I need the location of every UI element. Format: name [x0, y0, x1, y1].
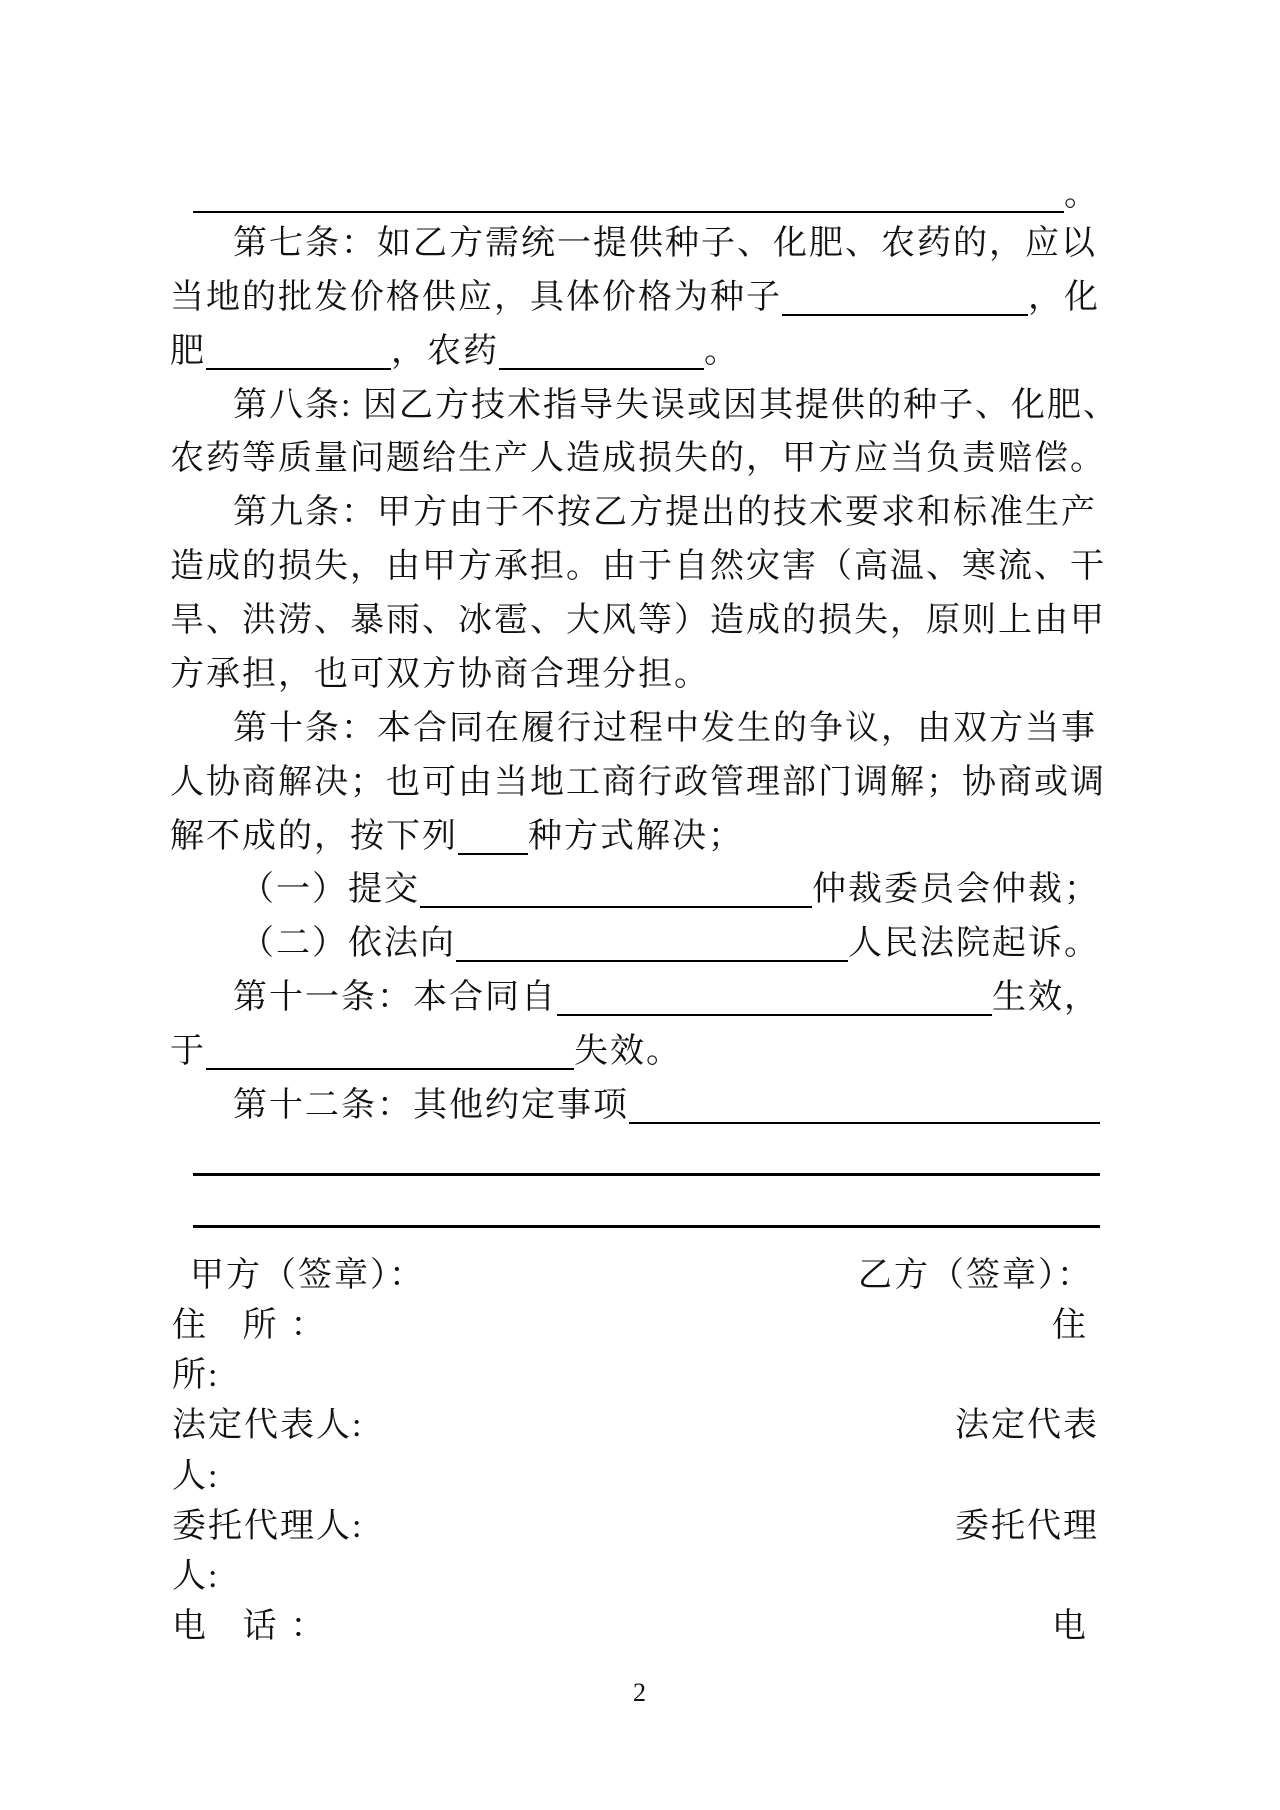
line-text: 第九条：甲方由于不按乙方提出的技术要求和标准生产 — [233, 491, 1097, 535]
line-text: 。 — [704, 330, 740, 374]
line-text: 于 — [170, 1030, 206, 1074]
blank-rule-2 — [193, 1225, 1100, 1228]
fill-in-blank — [420, 868, 812, 908]
line-text: ，化 — [1028, 276, 1100, 320]
line-text: 旱、洪涝、暴雨、冰雹、大风等）造成的损失，原则上由甲 — [170, 599, 1106, 643]
fill-in-blank — [458, 815, 528, 855]
line-text: 种方式解决； — [528, 815, 744, 859]
line-text: 。 — [1064, 173, 1100, 217]
line-text: 人协商解决；也可由当地工商行政管理部门调解；协商或调 — [170, 761, 1106, 805]
clause8-line2: 农药等质量问题给生产人造成损失的，甲方应当负责赔偿。 — [170, 437, 1100, 481]
fill-in-blank — [629, 1084, 1100, 1124]
fill-in-blank — [782, 276, 1028, 316]
clause10-line1: 第十条：本合同在履行过程中发生的争议，由双方当事 — [170, 707, 1100, 751]
contract-page: 。 第七条：如乙方需统一提供种子、化肥、农药的，应以 当地的批发价格供应，具体价… — [0, 0, 1280, 1810]
fill-in-blank — [557, 976, 992, 1016]
page-number: 2 — [0, 1678, 1280, 1708]
clause7-line1: 第七条：如乙方需统一提供种子、化肥、农药的，应以 — [170, 222, 1100, 266]
continuation-line: 。 — [170, 173, 1100, 217]
line-text: 第十二条：其他约定事项 — [233, 1084, 629, 1128]
party-a-phone-label: 电 话： — [172, 1605, 339, 1649]
line-text: 第八条: 因乙方技术指导失误或因其提供的种子、化肥、 — [233, 384, 1119, 428]
blank-rule-1 — [193, 1173, 1100, 1176]
clause7-line3: 肥 ，农药 。 — [170, 330, 1100, 374]
fill-in-blank — [206, 1030, 574, 1070]
line-text: 解不成的，按下列 — [170, 815, 458, 859]
line-text: 农药等质量问题给生产人造成损失的，甲方应当负责赔偿。 — [170, 437, 1106, 481]
line-text: （一）提交 — [240, 868, 420, 912]
line-text: （二）依法向 — [240, 922, 456, 966]
party-a-legal-rep-label: 法定代表人: — [172, 1404, 363, 1448]
item-2-line: （二）依法向 人民法院起诉。 — [170, 922, 1100, 966]
clause11-line1: 第十一条：本合同自 生效， — [170, 976, 1100, 1020]
line-text: 仲裁委员会仲裁； — [812, 868, 1100, 912]
line-text: 人民法院起诉。 — [848, 922, 1100, 966]
line-text: 方承担，也可双方协商合理分担。 — [170, 653, 710, 697]
fill-in-blank — [193, 173, 1064, 213]
line-text: 造成的损失，由甲方承担。由于自然灾害（高温、寒流、干 — [170, 545, 1106, 589]
party-a-address-label: 住 所： — [172, 1304, 339, 1348]
clause9-line2: 造成的损失，由甲方承担。由于自然灾害（高温、寒流、干 — [170, 545, 1100, 589]
line-text: 第十条：本合同在履行过程中发生的争议，由双方当事 — [233, 707, 1097, 751]
clause10-line2: 人协商解决；也可由当地工商行政管理部门调解；协商或调 — [170, 761, 1100, 805]
party-b-agent-wrap-2: 人: — [172, 1555, 219, 1599]
party-b-legal-rep-wrap-2: 人: — [172, 1455, 219, 1499]
party-b-address-wrap-2: 所: — [172, 1354, 219, 1398]
clause9-line1: 第九条：甲方由于不按乙方提出的技术要求和标准生产 — [170, 491, 1100, 535]
party-a-signature-label: 甲方（签章）： — [190, 1254, 425, 1298]
item-1-line: （一）提交 仲裁委员会仲裁； — [170, 868, 1100, 912]
line-text: ，农药 — [391, 330, 499, 374]
party-b-phone-wrap-1: 电 — [1052, 1605, 1088, 1649]
clause12-line1: 第十二条：其他约定事项 — [170, 1084, 1100, 1128]
clause9-line4: 方承担，也可双方协商合理分担。 — [170, 653, 1100, 697]
clause7-line2: 当地的批发价格供应，具体价格为种子 ，化 — [170, 276, 1100, 320]
clause11-line2: 于 失效。 — [170, 1030, 1100, 1074]
party-b-legal-rep-wrap-1: 法定代表 — [955, 1404, 1099, 1448]
fill-in-blank — [499, 330, 704, 370]
line-text: 第十一条：本合同自 — [233, 976, 557, 1020]
fill-in-blank — [206, 330, 391, 370]
line-text: 生效， — [992, 976, 1100, 1020]
line-text: 肥 — [170, 330, 206, 374]
fill-in-blank — [456, 922, 848, 962]
party-b-address-wrap-1: 住 — [1052, 1304, 1088, 1348]
clause10-line3: 解不成的，按下列 种方式解决； — [170, 815, 1100, 859]
party-b-agent-wrap-1: 委托代理 — [955, 1505, 1099, 1549]
line-text: 失效。 — [574, 1030, 682, 1074]
clause8-line1: 第八条: 因乙方技术指导失误或因其提供的种子、化肥、 — [170, 384, 1100, 428]
clause9-line3: 旱、洪涝、暴雨、冰雹、大风等）造成的损失，原则上由甲 — [170, 599, 1100, 643]
party-a-agent-label: 委托代理人: — [172, 1505, 363, 1549]
line-text: 第七条：如乙方需统一提供种子、化肥、农药的，应以 — [233, 222, 1097, 266]
line-text: 当地的批发价格供应，具体价格为种子 — [170, 276, 782, 320]
party-b-signature-label: 乙方（签章）： — [858, 1254, 1093, 1298]
